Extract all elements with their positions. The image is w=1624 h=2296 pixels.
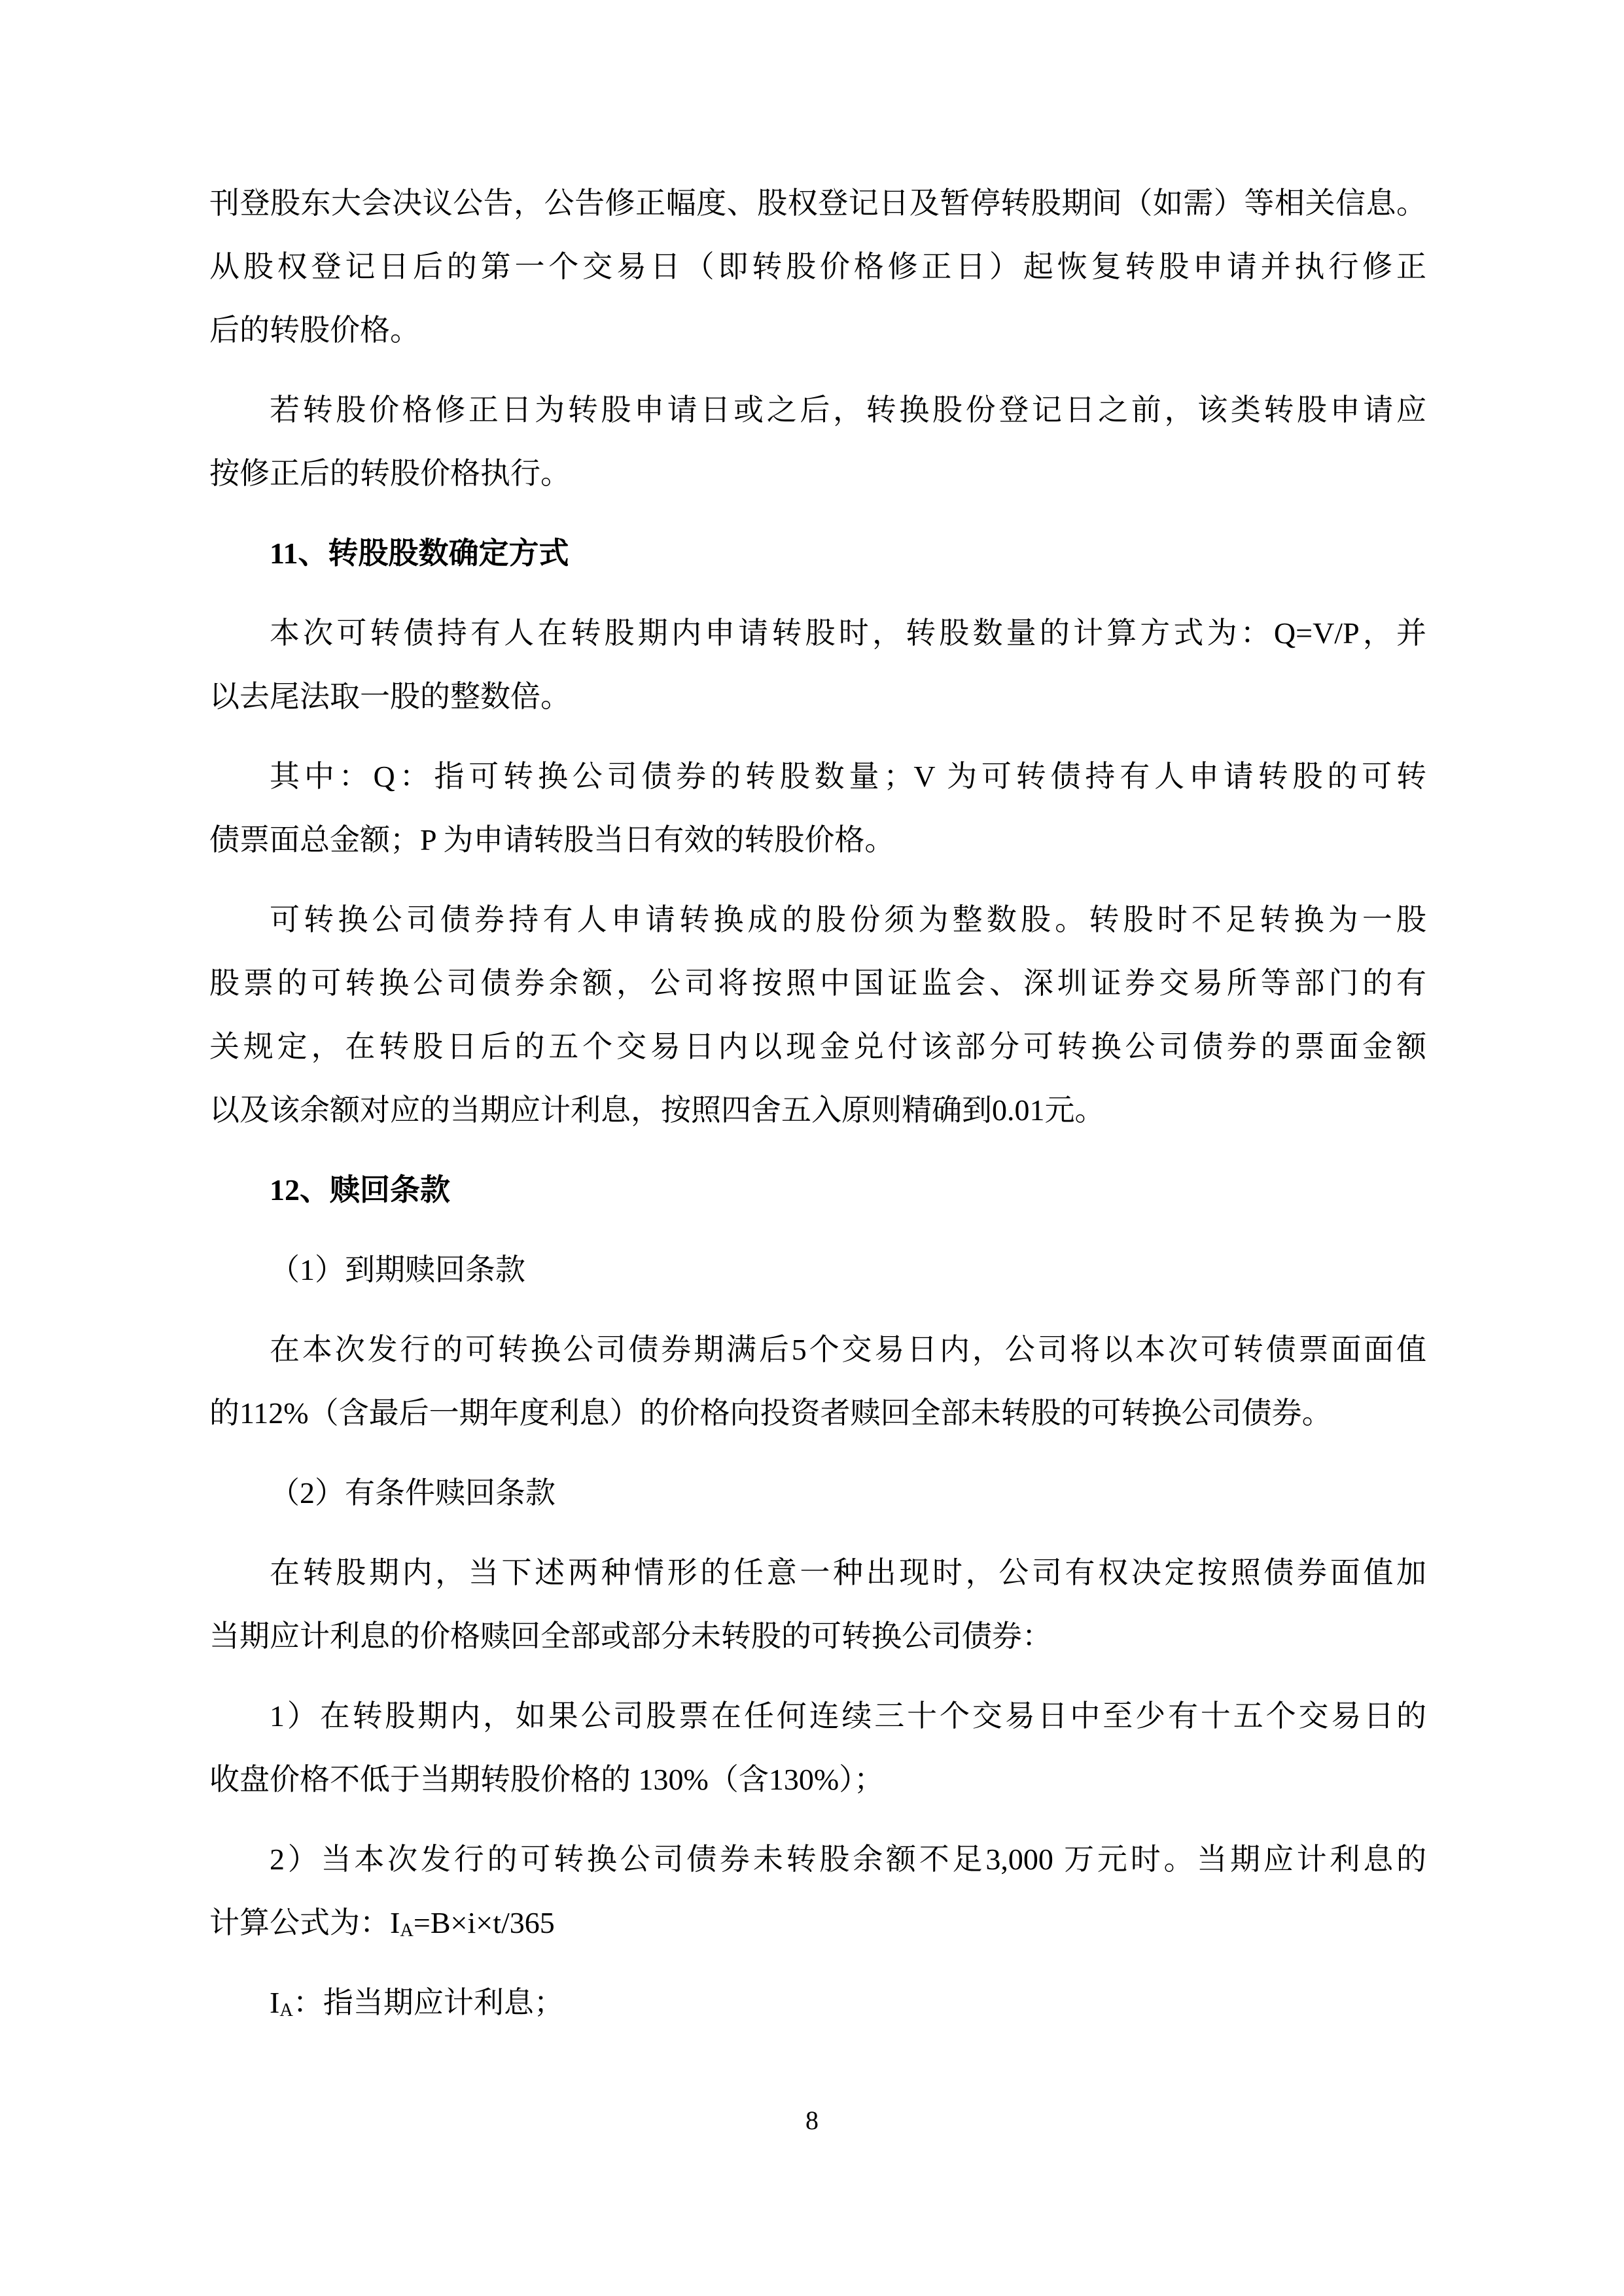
- para-conditional-redemption-intro: 在转股期内，当下述两种情形的任意一种出现时，公司有权决定按照债券面值加当期应计利…: [209, 1541, 1426, 1668]
- para-formula-variable-definitions: 其中：Q：指可转换公司债券的转股数量；V 为可转债持有人申请转股的可转债票面总金…: [209, 745, 1426, 872]
- text-run: 11、转股股数确定方式: [270, 537, 569, 570]
- subscript-run: A: [279, 2000, 293, 2021]
- text-line: 收盘价格不低于当期转股价格的 130%（含130%）；: [209, 1748, 1426, 1811]
- text-line: （1）到期赎回条款: [209, 1238, 1426, 1301]
- text-run: 1）在转股期内，如果公司股票在任何连续三十个交易日中至少有十五个交易日的: [270, 1699, 1426, 1733]
- text-line: 2）当本次发行的可转换公司债券未转股余额不足3,000 万元时。当期应计利息的: [209, 1828, 1426, 1891]
- text-run: （1）到期赎回条款: [270, 1253, 525, 1286]
- text-run: 收盘价格不低于当期转股价格的 130%（含130%）；: [209, 1763, 884, 1796]
- para-correction-announcement: 刊登股东大会决议公告，公告修正幅度、股权登记日及暂停转股期间（如需）等相关信息。…: [209, 171, 1426, 362]
- page-number: 8: [0, 2089, 1624, 2152]
- text-line: 当期应计利息的价格赎回全部或部分未转股的可转换公司债券：: [209, 1604, 1426, 1668]
- text-run: 其中：Q：指可转换公司债券的转股数量；V 为可转债持有人申请转股的可转: [270, 760, 1426, 793]
- text-line: 以去尾法取一股的整数倍。: [209, 665, 1426, 728]
- text-run: 关规定，在转股日后的五个交易日内以现金兑付该部分可转换公司债券的票面金额: [209, 1030, 1426, 1063]
- text-line: 债票面总金额；P 为申请转股当日有效的转股价格。: [209, 808, 1426, 872]
- para-maturity-redemption-terms: 在本次发行的可转换公司债券期满后5个交易日内，公司将以本次可转债票面面值的112…: [209, 1318, 1426, 1445]
- text-line: 可转换公司债券持有人申请转换成的股份须为整数股。转股时不足转换为一股: [209, 888, 1426, 951]
- text-line: 后的转股价格。: [209, 298, 1426, 362]
- text-run: 的112%（含最后一期年度利息）的价格向投资者赎回全部未转股的可转换公司债券。: [209, 1396, 1332, 1430]
- text-run: 若转股价格修正日为转股申请日或之后，转换股份登记日之前，该类转股申请应: [270, 393, 1426, 427]
- text-run: ：指当期应计利息；: [293, 1986, 564, 2019]
- text-line: 其中：Q：指可转换公司债券的转股数量；V 为可转债持有人申请转股的可转: [209, 745, 1426, 808]
- text-line: 刊登股东大会决议公告，公告修正幅度、股权登记日及暂停转股期间（如需）等相关信息。: [209, 171, 1426, 235]
- text-run: 以及该余额对应的当期应计利息，按照四舍五入原则精确到0.01元。: [209, 1093, 1105, 1127]
- text-run: 12、赎回条款: [270, 1173, 450, 1207]
- document-body: 刊登股东大会决议公告，公告修正幅度、股权登记日及暂停转股期间（如需）等相关信息。…: [209, 171, 1426, 2051]
- text-run: =B×i×t/365: [414, 1906, 555, 1939]
- text-run: 在转股期内，当下述两种情形的任意一种出现时，公司有权决定按照债券面值加: [270, 1556, 1426, 1589]
- text-line: 按修正后的转股价格执行。: [209, 442, 1426, 505]
- para-redemption-condition-2: 2）当本次发行的可转换公司债券未转股余额不足3,000 万元时。当期应计利息的计…: [209, 1828, 1426, 1954]
- text-run: 计算公式为：I: [209, 1906, 400, 1939]
- para-conversion-quantity-formula: 本次可转债持有人在转股期内申请转股时，转股数量的计算方式为：Q=V/P，并以去尾…: [209, 601, 1426, 728]
- para-price-revision-application: 若转股价格修正日为转股申请日或之后，转换股份登记日之前，该类转股申请应按修正后的…: [209, 378, 1426, 505]
- text-line: 在转股期内，当下述两种情形的任意一种出现时，公司有权决定按照债券面值加: [209, 1541, 1426, 1604]
- document-page: 刊登股东大会决议公告，公告修正幅度、股权登记日及暂停转股期间（如需）等相关信息。…: [0, 0, 1624, 2296]
- text-run: 按修正后的转股价格执行。: [209, 457, 571, 490]
- text-run: 刊登股东大会决议公告，公告修正幅度、股权登记日及暂停转股期间（如需）等相关信息。: [209, 186, 1426, 220]
- text-run: 后的转股价格。: [209, 313, 420, 347]
- subheading-conditional-redemption: （2）有条件赎回条款: [209, 1461, 1426, 1525]
- text-line: 从股权登记日后的第一个交易日（即转股价格修正日）起恢复转股申请并执行修正: [209, 235, 1426, 298]
- text-run: 本次可转债持有人在转股期内申请转股时，转股数量的计算方式为：Q=V/P，并: [270, 616, 1426, 650]
- text-line: 1）在转股期内，如果公司股票在任何连续三十个交易日中至少有十五个交易日的: [209, 1684, 1426, 1748]
- text-line: 以及该余额对应的当期应计利息，按照四舍五入原则精确到0.01元。: [209, 1078, 1426, 1142]
- text-run: 债票面总金额；P 为申请转股当日有效的转股价格。: [209, 823, 894, 857]
- text-run: 2）当本次发行的可转换公司债券未转股余额不足3,000 万元时。当期应计利息的: [270, 1843, 1426, 1876]
- text-run: 以去尾法取一股的整数倍。: [209, 680, 571, 713]
- text-line: 本次可转债持有人在转股期内申请转股时，转股数量的计算方式为：Q=V/P，并: [209, 601, 1426, 665]
- text-line: 计算公式为：IA=B×i×t/365: [209, 1891, 1426, 1954]
- subheading-maturity-redemption: （1）到期赎回条款: [209, 1238, 1426, 1301]
- text-line: IA：指当期应计利息；: [209, 1971, 1426, 2034]
- text-line: 关规定，在转股日后的五个交易日内以现金兑付该部分可转换公司债券的票面金额: [209, 1015, 1426, 1078]
- para-redemption-condition-1: 1）在转股期内，如果公司股票在任何连续三十个交易日中至少有十五个交易日的收盘价格…: [209, 1684, 1426, 1811]
- text-run: 在本次发行的可转换公司债券期满后5个交易日内，公司将以本次可转债票面面值: [270, 1333, 1426, 1366]
- subscript-run: A: [400, 1920, 414, 1941]
- text-run: 从股权登记日后的第一个交易日（即转股价格修正日）起恢复转股申请并执行修正: [209, 250, 1426, 283]
- text-run: 可转换公司债券持有人申请转换成的股份须为整数股。转股时不足转换为一股: [270, 903, 1426, 936]
- text-run: 当期应计利息的价格赎回全部或部分未转股的可转换公司债券：: [209, 1619, 1052, 1653]
- para-ia-definition: IA：指当期应计利息；: [209, 1971, 1426, 2034]
- heading-12-redemption-terms: 12、赎回条款: [209, 1158, 1426, 1222]
- heading-11-conversion-share-count: 11、转股股数确定方式: [209, 521, 1426, 585]
- text-line: （2）有条件赎回条款: [209, 1461, 1426, 1525]
- text-line: 12、赎回条款: [209, 1158, 1426, 1222]
- text-line: 在本次发行的可转换公司债券期满后5个交易日内，公司将以本次可转债票面面值: [209, 1318, 1426, 1381]
- text-line: 11、转股股数确定方式: [209, 521, 1426, 585]
- text-line: 若转股价格修正日为转股申请日或之后，转换股份登记日之前，该类转股申请应: [209, 378, 1426, 442]
- text-line: 股票的可转换公司债券余额，公司将按照中国证监会、深圳证券交易所等部门的有: [209, 951, 1426, 1015]
- text-run: 股票的可转换公司债券余额，公司将按照中国证监会、深圳证券交易所等部门的有: [209, 966, 1426, 1000]
- text-line: 的112%（含最后一期年度利息）的价格向投资者赎回全部未转股的可转换公司债券。: [209, 1381, 1426, 1445]
- para-integer-shares-cash-payment: 可转换公司债券持有人申请转换成的股份须为整数股。转股时不足转换为一股股票的可转换…: [209, 888, 1426, 1142]
- text-run: （2）有条件赎回条款: [270, 1476, 556, 1510]
- text-run: I: [270, 1986, 279, 2019]
